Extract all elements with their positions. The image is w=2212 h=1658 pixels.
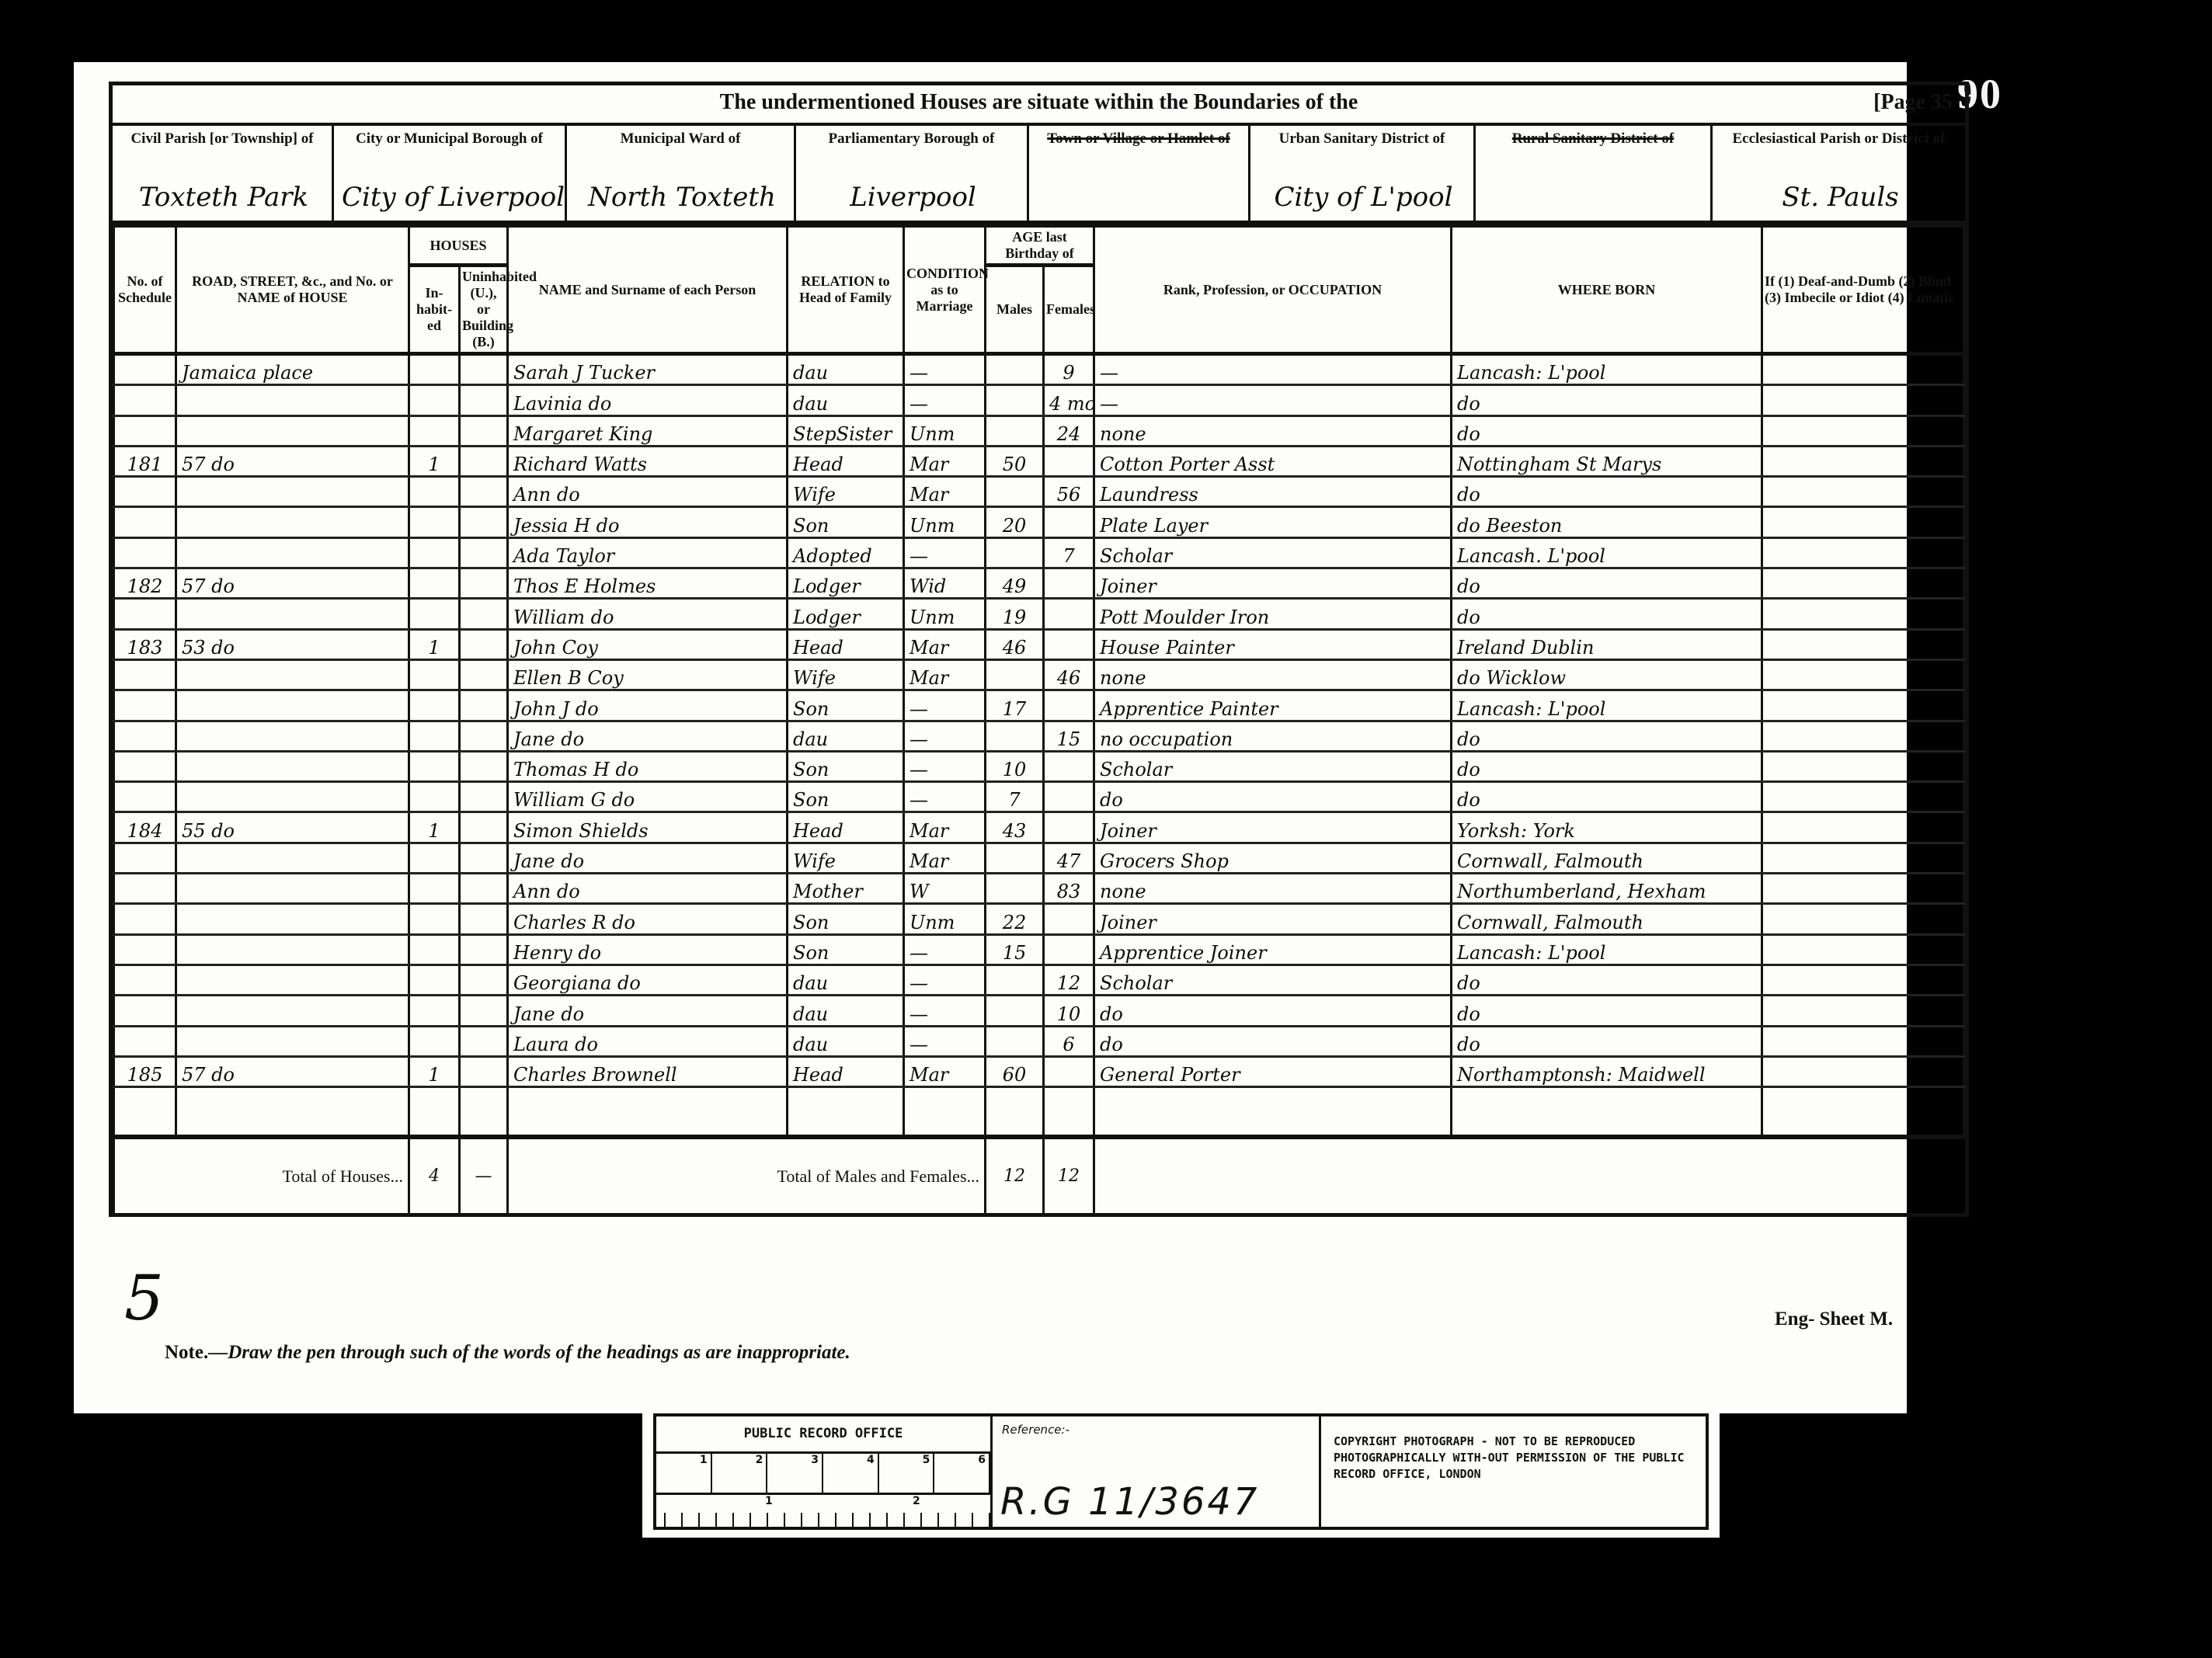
cell-inhabited: 1 bbox=[409, 446, 460, 476]
cell-schedule bbox=[114, 690, 176, 721]
cell-schedule bbox=[114, 996, 176, 1026]
total-houses-label: Total of Houses... bbox=[114, 1137, 409, 1213]
cell-male-age bbox=[986, 354, 1044, 385]
reference-value: R.G 11/3647 bbox=[1000, 1480, 1259, 1524]
cell-name: Charles R do bbox=[508, 904, 788, 934]
cell-inhabited bbox=[409, 721, 460, 751]
cell-inhabited bbox=[409, 659, 460, 690]
cell-empty bbox=[1762, 446, 1964, 476]
cell-empty bbox=[1762, 843, 1964, 873]
cell-empty bbox=[1762, 965, 1964, 995]
reference-label: Reference:- bbox=[1002, 1423, 1069, 1437]
cell-inhabited bbox=[409, 568, 460, 599]
cell-schedule bbox=[114, 477, 176, 507]
cell-inhabited bbox=[409, 599, 460, 629]
census-form: The undermentioned Houses are situate wi… bbox=[109, 82, 1969, 1217]
cell-female-age bbox=[1044, 446, 1094, 476]
pro-stamp: PUBLIC RECORD OFFICE 1 2 3 4 5 6 1 2 Ref… bbox=[642, 1404, 1720, 1538]
table-row: Ann doMotherW83noneNorthumberland, Hexha… bbox=[114, 874, 1964, 904]
cell-inhabited bbox=[409, 874, 460, 904]
cell-empty bbox=[1762, 996, 1964, 1026]
cell-female-age bbox=[1044, 599, 1094, 629]
cell-empty bbox=[460, 415, 508, 446]
cell-occupation: Apprentice Painter bbox=[1094, 690, 1452, 721]
table-row: 18257 doThos E HolmesLodgerWid49Joinerdo bbox=[114, 568, 1964, 599]
reference-box: Reference:- R.G 11/3647 bbox=[993, 1416, 1321, 1527]
cell-road bbox=[176, 751, 409, 781]
cell-empty bbox=[1762, 690, 1964, 721]
cell-relation: Son bbox=[788, 904, 904, 934]
cell-empty bbox=[460, 659, 508, 690]
cell-name: Sarah J Tucker bbox=[508, 354, 788, 385]
cell-road bbox=[176, 477, 409, 507]
cell-condition: Mar bbox=[904, 659, 986, 690]
col-schedule: No. of Schedule bbox=[114, 227, 176, 354]
cell-name: Charles Brownell bbox=[508, 1056, 788, 1086]
cell-empty bbox=[1762, 507, 1964, 537]
cell-condition: Mar bbox=[904, 812, 986, 843]
cell-where-born: Cornwall, Falmouth bbox=[1452, 904, 1762, 934]
cell-male-age: 49 bbox=[986, 568, 1044, 599]
cell-condition: Wid bbox=[904, 568, 986, 599]
cell-occupation: none bbox=[1094, 415, 1452, 446]
cell-empty bbox=[1762, 904, 1964, 934]
cell-female-age: 15 bbox=[1044, 721, 1094, 751]
cell-relation: Head bbox=[788, 1056, 904, 1086]
cell-occupation: General Porter bbox=[1094, 1056, 1452, 1086]
cell-relation: Wife bbox=[788, 659, 904, 690]
total-persons-label: Total of Males and Females... bbox=[508, 1137, 986, 1213]
cell-relation: Wife bbox=[788, 843, 904, 873]
cell-condition: Unm bbox=[904, 415, 986, 446]
cell-schedule: 184 bbox=[114, 812, 176, 843]
cell-name: William G do bbox=[508, 782, 788, 812]
cell-empty bbox=[1762, 751, 1964, 781]
cell-inhabited: 1 bbox=[409, 629, 460, 659]
cell-empty bbox=[460, 934, 508, 965]
cell-schedule bbox=[114, 415, 176, 446]
cell-name: Ann do bbox=[508, 874, 788, 904]
cell-empty bbox=[1762, 415, 1964, 446]
cell-male-age: 20 bbox=[986, 507, 1044, 537]
cell-road bbox=[176, 690, 409, 721]
cell-where-born: Ireland Dublin bbox=[1452, 629, 1762, 659]
cell-name: Ann do bbox=[508, 477, 788, 507]
cell-relation: Son bbox=[788, 690, 904, 721]
cell-name: John J do bbox=[508, 690, 788, 721]
cell-road bbox=[176, 599, 409, 629]
cell-female-age: 56 bbox=[1044, 477, 1094, 507]
cell-inhabited: 1 bbox=[409, 812, 460, 843]
area-parliamentary-borough: Parliamentary Borough of Liverpool bbox=[796, 126, 1029, 221]
cell-relation: Head bbox=[788, 812, 904, 843]
cell-occupation: do bbox=[1094, 782, 1452, 812]
table-row: 18455 do1Simon ShieldsHeadMar43JoinerYor… bbox=[114, 812, 1964, 843]
cell-occupation: Grocers Shop bbox=[1094, 843, 1452, 873]
cell-male-age: 17 bbox=[986, 690, 1044, 721]
cell-occupation: do bbox=[1094, 996, 1452, 1026]
cell-road bbox=[176, 537, 409, 568]
area-value: St. Pauls bbox=[1720, 182, 1960, 213]
cell-condition: Unm bbox=[904, 904, 986, 934]
cell-name: Lavinia do bbox=[508, 385, 788, 415]
cell-empty bbox=[1762, 354, 1964, 385]
cell-name: Ada Taylor bbox=[508, 537, 788, 568]
cell-condition: — bbox=[904, 1026, 986, 1056]
area-urban-sanitary-district: Urban Sanitary District of City of L'poo… bbox=[1250, 126, 1476, 221]
cell-empty bbox=[1762, 385, 1964, 415]
cell-empty bbox=[460, 507, 508, 537]
cell-where-born: do bbox=[1452, 385, 1762, 415]
cell-empty bbox=[460, 721, 508, 751]
cell-relation: dau bbox=[788, 721, 904, 751]
col-occupation: Rank, Profession, or OCCUPATION bbox=[1094, 227, 1452, 354]
table-row: Henry doSon—15Apprentice JoinerLancash: … bbox=[114, 934, 1964, 965]
col-road: ROAD, STREET, &c., and No. or NAME of HO… bbox=[176, 227, 409, 354]
cell-female-age: 7 bbox=[1044, 537, 1094, 568]
cell-empty bbox=[1762, 1056, 1964, 1086]
totals-row: Total of Houses... 4 — Total of Males an… bbox=[114, 1137, 1964, 1213]
cell-relation: Adopted bbox=[788, 537, 904, 568]
cell-road bbox=[176, 1026, 409, 1056]
area-value: City of L'pool bbox=[1258, 182, 1469, 213]
cell-road bbox=[176, 721, 409, 751]
cell-female-age bbox=[1044, 690, 1094, 721]
cell-inhabited: 1 bbox=[409, 1056, 460, 1086]
cell-name: Richard Watts bbox=[508, 446, 788, 476]
cell-schedule bbox=[114, 843, 176, 873]
cell-road bbox=[176, 415, 409, 446]
cell-empty bbox=[1762, 934, 1964, 965]
cell-schedule bbox=[114, 751, 176, 781]
cell-schedule bbox=[114, 782, 176, 812]
cell-where-born: Lancash. L'pool bbox=[1452, 537, 1762, 568]
cell-road bbox=[176, 965, 409, 995]
cell-male-age: 43 bbox=[986, 812, 1044, 843]
cell-male-age: 10 bbox=[986, 751, 1044, 781]
cell-where-born: do bbox=[1452, 568, 1762, 599]
cell-road: 57 do bbox=[176, 446, 409, 476]
cell-female-age: 9 bbox=[1044, 354, 1094, 385]
cell-male-age: 22 bbox=[986, 904, 1044, 934]
cell-schedule bbox=[114, 904, 176, 934]
cell-female-age bbox=[1044, 934, 1094, 965]
cell-condition: — bbox=[904, 996, 986, 1026]
total-uninhabited: — bbox=[460, 1137, 508, 1213]
margin-household-count: 5 bbox=[124, 1262, 164, 1334]
cell-inhabited bbox=[409, 904, 460, 934]
table-row: Ann doWifeMar56Laundressdo bbox=[114, 477, 1964, 507]
area-value: Toxteth Park bbox=[120, 182, 327, 213]
cell-relation: Lodger bbox=[788, 599, 904, 629]
cell-empty bbox=[460, 537, 508, 568]
table-row: Ellen B CoyWifeMar46nonedo Wicklow bbox=[114, 659, 1964, 690]
cell-male-age bbox=[986, 537, 1044, 568]
cell-female-age bbox=[1044, 507, 1094, 537]
cell-empty bbox=[460, 812, 508, 843]
cell-empty bbox=[460, 1026, 508, 1056]
cell-empty bbox=[460, 996, 508, 1026]
table-row: 18353 do1John CoyHeadMar46House PainterI… bbox=[114, 629, 1964, 659]
cell-female-age bbox=[1044, 782, 1094, 812]
cell-female-age: 4 mo bbox=[1044, 385, 1094, 415]
cell-empty bbox=[1762, 537, 1964, 568]
cell-female-age: 24 bbox=[1044, 415, 1094, 446]
cell-male-age bbox=[986, 385, 1044, 415]
cell-condition: Mar bbox=[904, 629, 986, 659]
cell-inhabited bbox=[409, 843, 460, 873]
cell-schedule bbox=[114, 599, 176, 629]
cell-name: Margaret King bbox=[508, 415, 788, 446]
cell-inhabited bbox=[409, 385, 460, 415]
area-ecclesiastical-parish: Ecclesiastical Parish or District of St.… bbox=[1713, 126, 1965, 221]
cell-name: Thos E Holmes bbox=[508, 568, 788, 599]
cell-relation: dau bbox=[788, 354, 904, 385]
cell-where-born: do bbox=[1452, 996, 1762, 1026]
cell-occupation: Apprentice Joiner bbox=[1094, 934, 1452, 965]
cell-condition: Unm bbox=[904, 507, 986, 537]
cell-empty bbox=[460, 446, 508, 476]
cell-relation: Son bbox=[788, 751, 904, 781]
cell-inhabited bbox=[409, 965, 460, 995]
cell-road: Jamaica place bbox=[176, 354, 409, 385]
col-males: Males bbox=[986, 266, 1044, 354]
table-row: William doLodgerUnm19Pott Moulder Irondo bbox=[114, 599, 1964, 629]
table-row: Jane dodau—15no occupationdo bbox=[114, 721, 1964, 751]
cell-occupation: House Painter bbox=[1094, 629, 1452, 659]
cell-empty bbox=[1762, 477, 1964, 507]
cell-schedule bbox=[114, 934, 176, 965]
cell-relation: Son bbox=[788, 782, 904, 812]
cell-male-age: 7 bbox=[986, 782, 1044, 812]
cell-occupation: — bbox=[1094, 385, 1452, 415]
cell-condition: W bbox=[904, 874, 986, 904]
cell-where-born: do bbox=[1452, 721, 1762, 751]
cell-occupation: Cotton Porter Asst bbox=[1094, 446, 1452, 476]
cell-schedule bbox=[114, 385, 176, 415]
col-uninhabited: Uninhabited (U.), or Building (B.) bbox=[460, 266, 508, 354]
pro-office-label: PUBLIC RECORD OFFICE bbox=[656, 1416, 990, 1454]
cell-condition: Unm bbox=[904, 599, 986, 629]
cell-occupation: no occupation bbox=[1094, 721, 1452, 751]
cell-condition: Mar bbox=[904, 843, 986, 873]
cell-schedule bbox=[114, 354, 176, 385]
cell-female-age bbox=[1044, 1056, 1094, 1086]
cell-schedule bbox=[114, 965, 176, 995]
cell-schedule: 183 bbox=[114, 629, 176, 659]
cell-male-age: 60 bbox=[986, 1056, 1044, 1086]
cell-male-age: 15 bbox=[986, 934, 1044, 965]
scale-inches: 1 2 3 4 5 6 bbox=[656, 1454, 990, 1495]
table-row: John J doSon—17Apprentice PainterLancash… bbox=[114, 690, 1964, 721]
cell-where-born: do bbox=[1452, 599, 1762, 629]
cell-where-born: do bbox=[1452, 965, 1762, 995]
cell-road: 57 do bbox=[176, 568, 409, 599]
cell-inhabited bbox=[409, 996, 460, 1026]
cell-relation: Son bbox=[788, 934, 904, 965]
cell-where-born: do Beeston bbox=[1452, 507, 1762, 537]
cell-condition: — bbox=[904, 965, 986, 995]
cell-name: Jane do bbox=[508, 721, 788, 751]
col-females: Females bbox=[1044, 266, 1094, 354]
cell-empty bbox=[460, 782, 508, 812]
cell-empty bbox=[460, 477, 508, 507]
cell-occupation: none bbox=[1094, 659, 1452, 690]
cell-female-age bbox=[1044, 751, 1094, 781]
cell-male-age bbox=[986, 415, 1044, 446]
total-inhabited: 4 bbox=[409, 1137, 460, 1213]
cell-road bbox=[176, 507, 409, 537]
cell-where-born: Lancash: L'pool bbox=[1452, 934, 1762, 965]
cell-male-age bbox=[986, 874, 1044, 904]
cell-empty bbox=[460, 874, 508, 904]
cell-inhabited bbox=[409, 477, 460, 507]
cell-schedule: 181 bbox=[114, 446, 176, 476]
cell-occupation: Scholar bbox=[1094, 965, 1452, 995]
cell-relation: Wife bbox=[788, 477, 904, 507]
cell-relation: dau bbox=[788, 996, 904, 1026]
cell-where-born: do bbox=[1452, 782, 1762, 812]
cell-empty bbox=[460, 568, 508, 599]
cell-male-age bbox=[986, 477, 1044, 507]
cell-schedule: 185 bbox=[114, 1056, 176, 1086]
cell-condition: Mar bbox=[904, 446, 986, 476]
cell-inhabited bbox=[409, 507, 460, 537]
cell-condition: — bbox=[904, 354, 986, 385]
cell-empty bbox=[460, 599, 508, 629]
cell-where-born: do bbox=[1452, 1026, 1762, 1056]
cell-inhabited bbox=[409, 537, 460, 568]
cell-occupation: Joiner bbox=[1094, 904, 1452, 934]
cell-empty bbox=[460, 751, 508, 781]
cell-relation: dau bbox=[788, 1026, 904, 1056]
cell-where-born: Lancash: L'pool bbox=[1452, 354, 1762, 385]
cell-inhabited bbox=[409, 782, 460, 812]
cell-empty bbox=[1762, 812, 1964, 843]
cell-inhabited bbox=[409, 751, 460, 781]
cell-female-age: 10 bbox=[1044, 996, 1094, 1026]
cell-occupation: Scholar bbox=[1094, 751, 1452, 781]
cell-road: 53 do bbox=[176, 629, 409, 659]
col-relation: RELATION to Head of Family bbox=[788, 227, 904, 354]
cell-name: William do bbox=[508, 599, 788, 629]
cell-male-age bbox=[986, 659, 1044, 690]
area-value: Liverpool bbox=[804, 182, 1022, 213]
cell-occupation: Joiner bbox=[1094, 568, 1452, 599]
cell-male-age bbox=[986, 1026, 1044, 1056]
cell-male-age bbox=[986, 843, 1044, 873]
cell-empty bbox=[1762, 629, 1964, 659]
cell-empty bbox=[1762, 1026, 1964, 1056]
area-municipal-borough: City or Municipal Borough of City of Liv… bbox=[334, 126, 567, 221]
cell-inhabited bbox=[409, 690, 460, 721]
cell-where-born: Northamptonsh: Maidwell bbox=[1452, 1056, 1762, 1086]
cell-occupation: Pott Moulder Iron bbox=[1094, 599, 1452, 629]
cell-female-age bbox=[1044, 568, 1094, 599]
cell-road bbox=[176, 934, 409, 965]
cell-schedule bbox=[114, 507, 176, 537]
col-infirmity: If (1) Deaf-and-Dumb (2) Blind (3) Imbec… bbox=[1762, 227, 1964, 354]
scale-ruler: 1 2 bbox=[656, 1495, 990, 1527]
cell-inhabited bbox=[409, 1026, 460, 1056]
cell-name: Jane do bbox=[508, 843, 788, 873]
form-title: The undermentioned Houses are situate wi… bbox=[113, 90, 1965, 115]
table-row: Margaret KingStepSisterUnm24nonedo bbox=[114, 415, 1964, 446]
cell-condition: — bbox=[904, 721, 986, 751]
cell-occupation: Plate Layer bbox=[1094, 507, 1452, 537]
cell-schedule bbox=[114, 1026, 176, 1056]
blank-row bbox=[114, 1087, 1964, 1138]
col-name: NAME and Surname of each Person bbox=[508, 227, 788, 354]
table-row: Jane dodau—10dodo bbox=[114, 996, 1964, 1026]
cell-male-age: 46 bbox=[986, 629, 1044, 659]
cell-condition: — bbox=[904, 934, 986, 965]
cell-where-born: do Wicklow bbox=[1452, 659, 1762, 690]
cell-occupation: do bbox=[1094, 1026, 1452, 1056]
page-label: [Page 35 bbox=[1873, 90, 1953, 115]
table-row: Lavinia dodau—4 mo—do bbox=[114, 385, 1964, 415]
cell-road: 55 do bbox=[176, 812, 409, 843]
cell-empty bbox=[1762, 568, 1964, 599]
cell-schedule bbox=[114, 721, 176, 751]
cell-condition: Mar bbox=[904, 477, 986, 507]
cell-name: Georgiana do bbox=[508, 965, 788, 995]
cell-relation: Head bbox=[788, 446, 904, 476]
area-town-village-hamlet: Town or Village or Hamlet of bbox=[1029, 126, 1250, 221]
cell-empty bbox=[1762, 659, 1964, 690]
cell-empty bbox=[460, 1056, 508, 1086]
cell-where-born: Lancash: L'pool bbox=[1452, 690, 1762, 721]
census-table: No. of Schedule ROAD, STREET, &c., and N… bbox=[113, 225, 1965, 1213]
cell-where-born: Yorksh: York bbox=[1452, 812, 1762, 843]
cell-inhabited bbox=[409, 415, 460, 446]
cell-relation: dau bbox=[788, 385, 904, 415]
cell-occupation: Joiner bbox=[1094, 812, 1452, 843]
cell-inhabited bbox=[409, 934, 460, 965]
table-row: Ada TaylorAdopted—7ScholarLancash. L'poo… bbox=[114, 537, 1964, 568]
table-row: Jamaica placeSarah J Tuckerdau—9—Lancash… bbox=[114, 354, 1964, 385]
cell-empty bbox=[1762, 782, 1964, 812]
table-row: 18157 do1Richard WattsHeadMar50Cotton Po… bbox=[114, 446, 1964, 476]
area-rural-sanitary-district: Rural Sanitary District of bbox=[1476, 126, 1713, 221]
cell-occupation: Laundress bbox=[1094, 477, 1452, 507]
cell-where-born: Northumberland, Hexham bbox=[1452, 874, 1762, 904]
cell-empty bbox=[460, 629, 508, 659]
total-females: 12 bbox=[1044, 1137, 1094, 1213]
cell-schedule: 182 bbox=[114, 568, 176, 599]
total-males: 12 bbox=[986, 1137, 1044, 1213]
cell-empty bbox=[1762, 721, 1964, 751]
cell-condition: Mar bbox=[904, 1056, 986, 1086]
col-houses: HOUSES bbox=[409, 227, 508, 266]
cell-male-age bbox=[986, 965, 1044, 995]
table-row: Thomas H doSon—10Scholardo bbox=[114, 751, 1964, 781]
cell-condition: — bbox=[904, 782, 986, 812]
cell-male-age: 50 bbox=[986, 446, 1044, 476]
cell-empty bbox=[460, 904, 508, 934]
cell-relation: Head bbox=[788, 629, 904, 659]
cell-occupation: — bbox=[1094, 354, 1452, 385]
cell-male-age: 19 bbox=[986, 599, 1044, 629]
col-condition: CONDITION as to Marriage bbox=[904, 227, 986, 354]
cell-name: Henry do bbox=[508, 934, 788, 965]
table-row: Jessia H doSonUnm20Plate Layerdo Beeston bbox=[114, 507, 1964, 537]
cell-condition: — bbox=[904, 690, 986, 721]
cell-schedule bbox=[114, 537, 176, 568]
cell-female-age bbox=[1044, 812, 1094, 843]
cell-relation: dau bbox=[788, 965, 904, 995]
cell-road bbox=[176, 843, 409, 873]
